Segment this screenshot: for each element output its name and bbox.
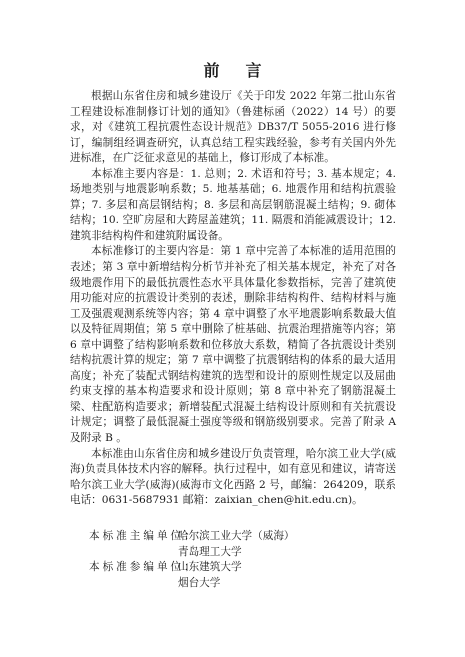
participating-unit-2: 烟台大学: [178, 576, 220, 592]
participating-unit-1: 山东建筑大学: [178, 560, 242, 576]
paragraph-management: 本标准由山东省住房和城乡建设厅负责管理，哈尔滨工业大学(威海)负责具体技术内容的…: [70, 447, 396, 509]
paragraph-contents: 本标准主要内容是：1. 总则；2. 术语和符号；3. 基本规定；4. 场地类别与…: [70, 167, 396, 245]
chief-unit-label: 本标准主编单位：: [89, 529, 178, 545]
chief-unit-1: 哈尔滨工业大学（威海）: [178, 529, 295, 545]
chief-unit-row-2: 青岛理工大学: [89, 545, 295, 561]
editing-units: 本标准主编单位： 哈尔滨工业大学（威海） 青岛理工大学 本标准参编单位： 山东建…: [89, 529, 295, 591]
paragraph-revisions: 本标准修订的主要内容是：第 1 章中完善了本标准的适用范围的表述；第 3 章中新…: [70, 244, 396, 446]
chief-unit-row-1: 本标准主编单位： 哈尔滨工业大学（威海）: [89, 529, 295, 545]
page-title: 前言: [0, 58, 465, 81]
preface-body: 根据山东省住房和城乡建设厅《关于印发 2022 年第二批山东省工程建设标准制修订…: [70, 89, 396, 509]
participating-unit-row-2: 烟台大学: [89, 576, 295, 592]
chief-unit-2: 青岛理工大学: [178, 545, 242, 561]
participating-unit-row-1: 本标准参编单位： 山东建筑大学: [89, 560, 295, 576]
paragraph-basis: 根据山东省住房和城乡建设厅《关于印发 2022 年第二批山东省工程建设标准制修订…: [70, 89, 396, 167]
participating-unit-label: 本标准参编单位：: [89, 560, 178, 576]
